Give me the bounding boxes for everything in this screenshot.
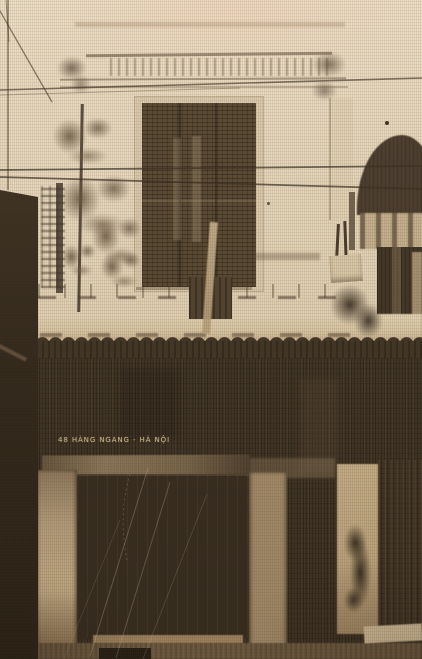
right-edge-streaks [378,460,422,640]
sidewalk-strip [0,643,422,659]
facade-smudge-right [255,253,320,260]
storefront-tone-band-2 [120,368,180,438]
window-light-streak-1 [173,138,181,240]
sunlit-wedge-right [364,623,422,643]
pilaster-capital-left [52,52,96,98]
plant-silhouette [340,518,374,618]
photograph: 48 HÀNG NGANG - HÀ NỘI [0,0,422,659]
left-shadow-band [0,190,38,659]
shop-pilaster-left [36,470,77,650]
arched-roof [357,135,422,215]
cornice-band-line-1 [60,77,346,80]
photo-dark-spot [385,121,389,125]
cornice-top-line [86,52,332,57]
parapet-smudge-line [75,22,345,27]
pilaster-capital-right [306,47,352,105]
photo-caption: 48 HÀNG NGANG - HÀ NỘI [58,436,170,444]
shop-pilaster-right [249,472,287,648]
balustrade-under-arch [360,213,422,249]
downspout-pipe [349,192,355,250]
cornice-band-line-2 [60,86,348,88]
left-top-pole [7,0,9,190]
window-light-streak-2 [192,136,201,242]
plant-leaf-cluster-1 [46,112,120,170]
photo-dark-spot-2 [267,202,270,205]
dark-step-block [99,648,151,659]
power-line-1b [0,88,240,95]
cornice-dentil-row [110,58,334,76]
door-threshold-strip [93,635,243,643]
shop-door-opening [77,474,249,638]
balcony-post [56,183,63,293]
